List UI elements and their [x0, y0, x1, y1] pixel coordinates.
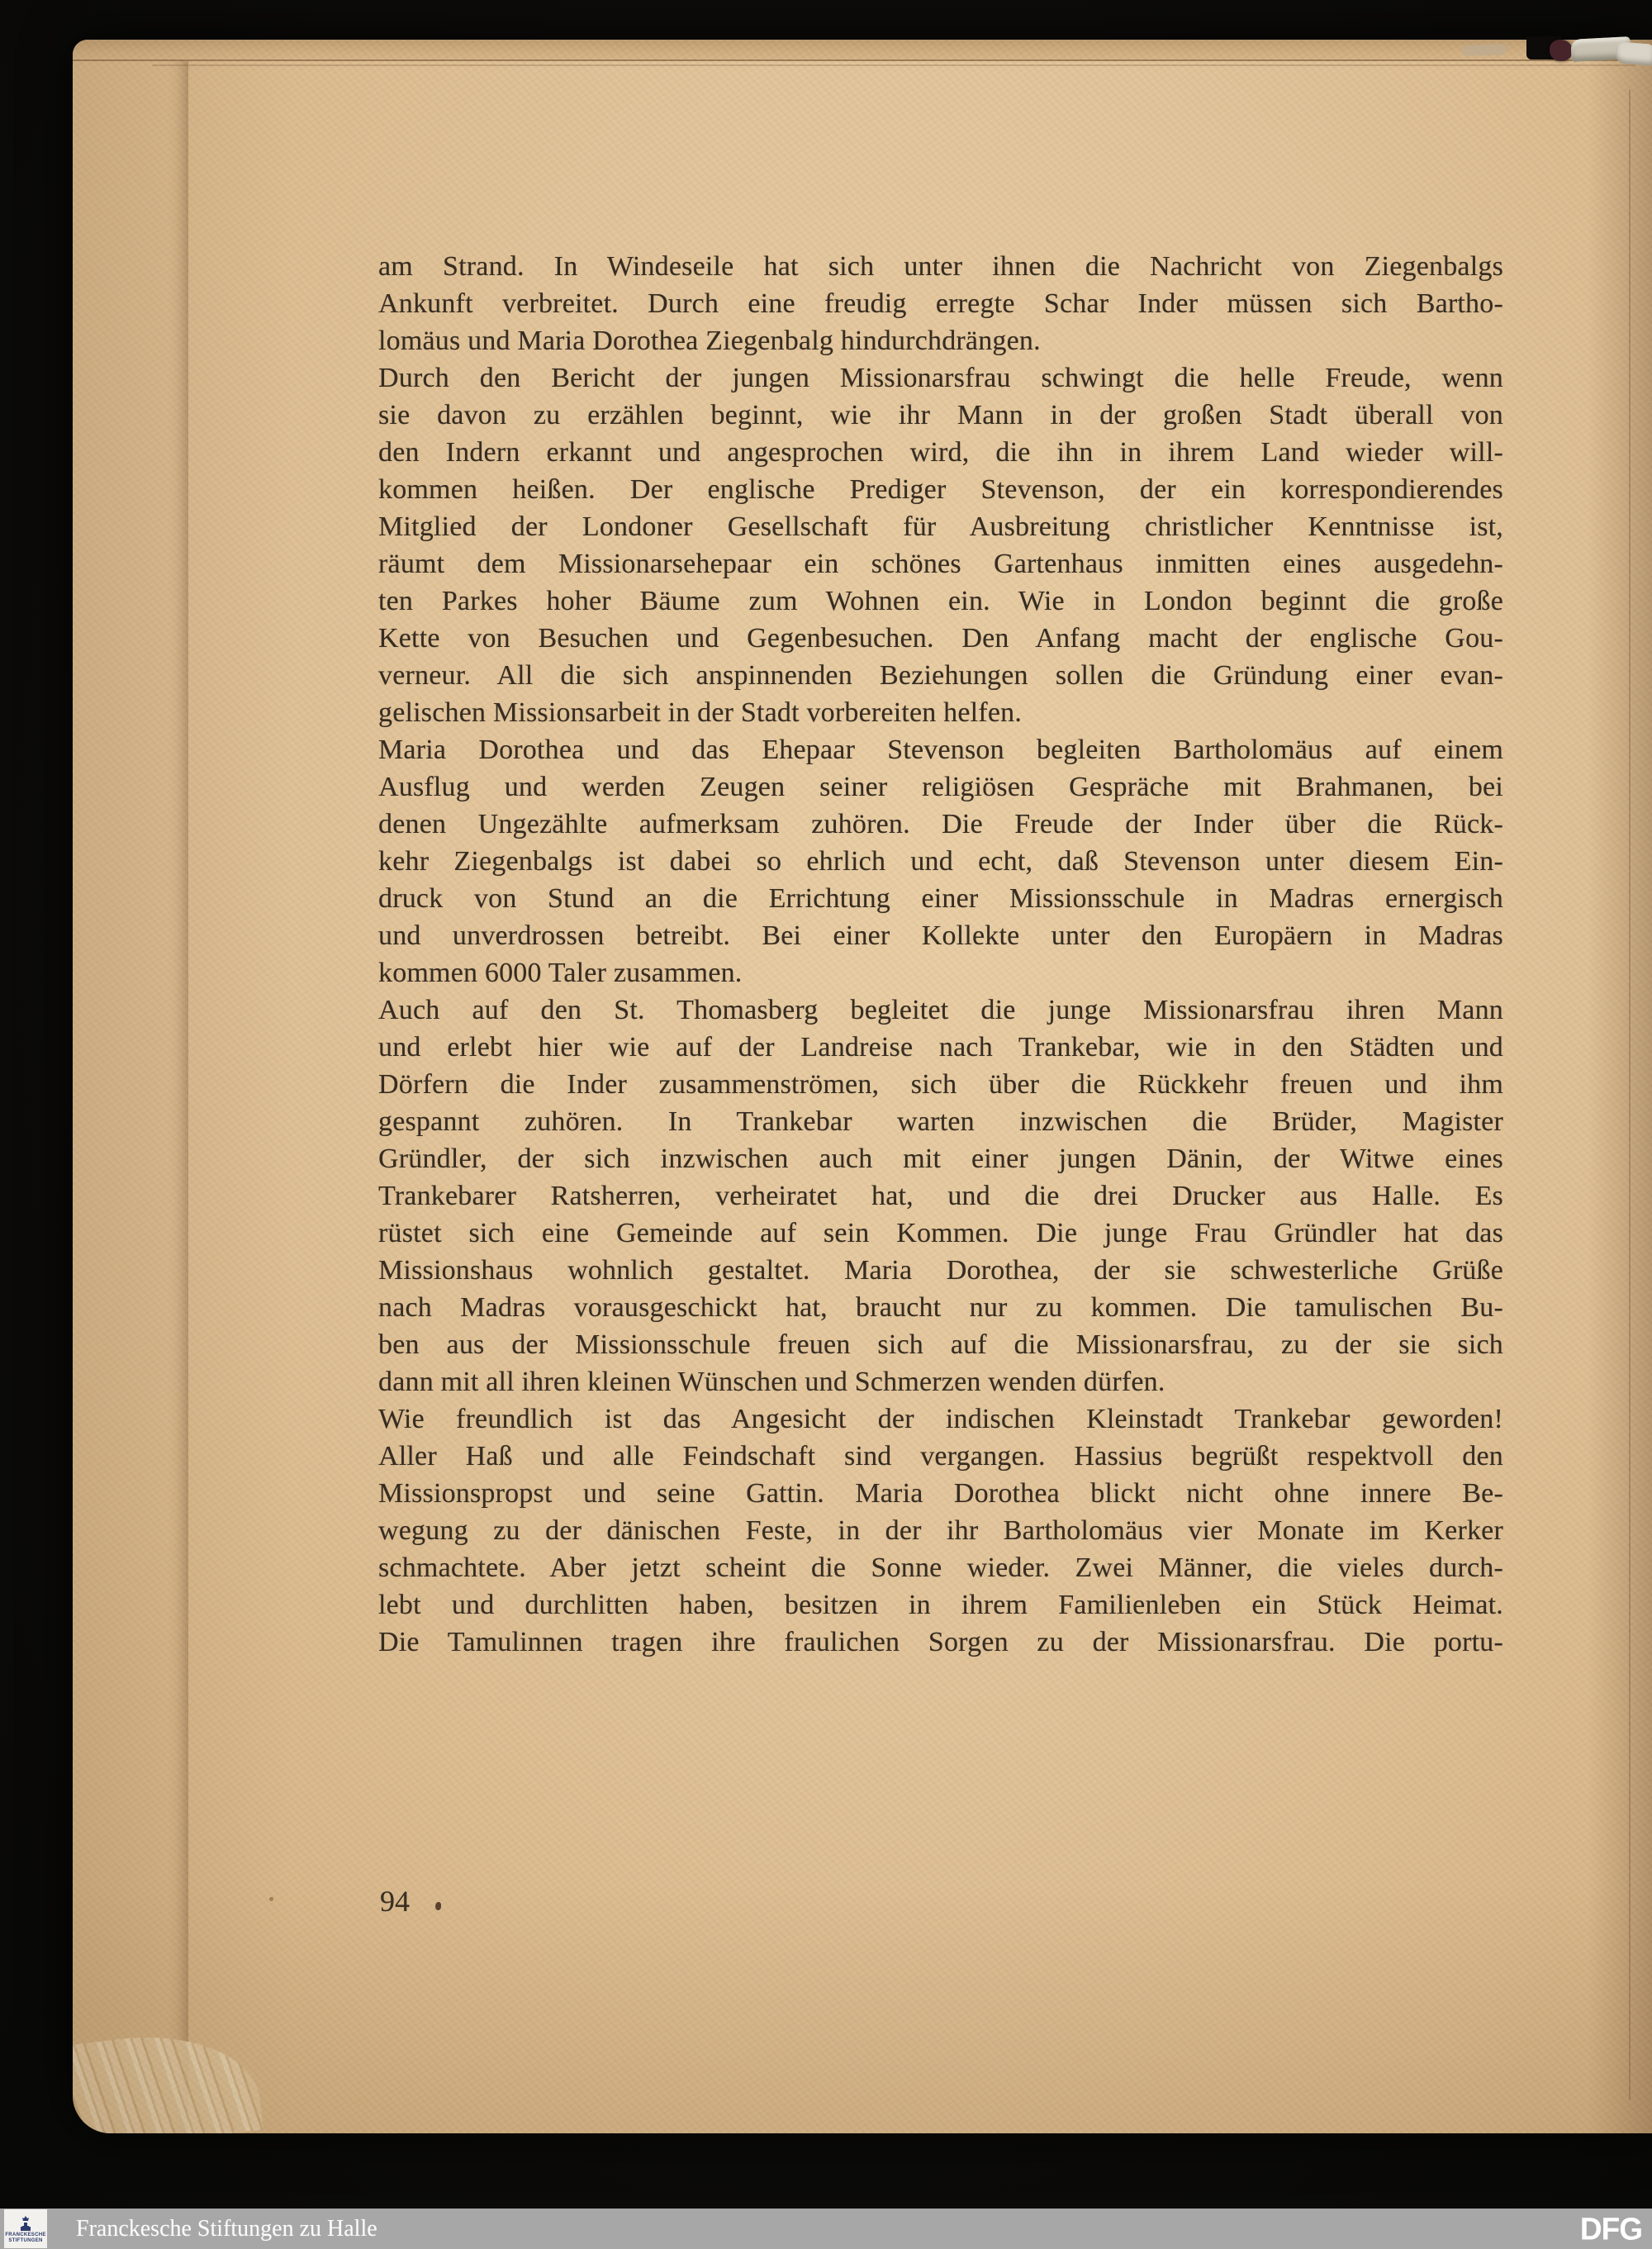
gutter-shadow — [1588, 40, 1652, 2133]
text-line: dann mit all ihren kleinen Wünschen und … — [378, 1363, 1503, 1400]
text-line: nach Madras vorausgeschickt hat, braucht… — [378, 1289, 1503, 1326]
text-line: denen Ungezählte aufmerksam zuhören. Die… — [378, 806, 1503, 843]
text-line: Missionshaus wohnlich gestaltet. Maria D… — [378, 1252, 1503, 1289]
gutter-crease — [1629, 89, 1631, 2100]
text-line: Gründler, der sich inzwischen auch mit e… — [378, 1140, 1503, 1177]
text-line: Ausflug und werden Zeugen seiner religiö… — [378, 768, 1503, 806]
franckesche-logo-box: FRANCKESCHE STIFTUNGEN — [4, 2209, 47, 2248]
text-line: Wie freundlich ist das Angesicht der ind… — [378, 1400, 1503, 1438]
text-line: und unverdrossen betreibt. Bei einer Kol… — [378, 917, 1503, 954]
text-line: schmachtete. Aber jetzt scheint die Sonn… — [378, 1549, 1503, 1586]
dfg-logo: DFG — [1580, 2209, 1642, 2249]
franckesche-emblem-icon — [18, 2215, 33, 2232]
text-line: Durch den Bericht der jungen Missionarsf… — [378, 359, 1503, 397]
binding-damage-spot — [1550, 40, 1573, 61]
text-line: ben aus der Missionsschule freuen sich a… — [378, 1326, 1503, 1363]
text-line: Auch auf den St. Thomasberg begleitet di… — [378, 991, 1503, 1029]
page-stack-edges — [73, 40, 188, 2133]
page-top-edge — [73, 40, 1652, 61]
text-line: den Indern erkannt und angesprochen wird… — [378, 434, 1503, 471]
text-line: verneur. All die sich anspinnenden Bezie… — [378, 657, 1503, 694]
text-line: lebt und durchlitten haben, besitzen in … — [378, 1586, 1503, 1624]
scan-background: { "page": { "number": "94", "lines": [ {… — [0, 0, 1652, 2249]
text-line: Ankunft verbreitet. Durch eine freudig e… — [378, 285, 1503, 322]
text-line: und erlebt hier wie auf der Landreise na… — [378, 1029, 1503, 1066]
text-line: kommen heißen. Der englische Prediger St… — [378, 471, 1503, 508]
text-line: rüstet sich eine Gemeinde auf sein Komme… — [378, 1215, 1503, 1252]
footer-bar: FRANCKESCHE STIFTUNGEN Franckesche Stift… — [0, 2209, 1652, 2249]
text-line: ten Parkes hoher Bäume zum Wohnen ein. W… — [378, 582, 1503, 620]
text-line: Die Tamulinnen tragen ihre fraulichen So… — [378, 1624, 1503, 1661]
text-line: sie davon zu erzählen beginnt, wie ihr M… — [378, 397, 1503, 434]
page-top-edge-line — [152, 64, 1635, 66]
text-line: räumt dem Missionarsehepaar ein schönes … — [378, 545, 1503, 582]
text-line: Mitglied der Londoner Gesellschaft für A… — [378, 508, 1503, 545]
text-line: am Strand. In Windeseile hat sich unter … — [378, 248, 1503, 285]
binding-damage-thread — [1615, 41, 1652, 65]
text-line: kommen 6000 Taler zusammen. — [378, 954, 1503, 991]
franckesche-logo-text-line1: FRANCKESCHE — [5, 2232, 45, 2237]
text-line: Aller Haß und alle Feindschaft sind verg… — [378, 1438, 1503, 1475]
text-line: lomäus und Maria Dorothea Ziegenbalg hin… — [378, 322, 1503, 359]
text-line: Missionspropst und seine Gattin. Maria D… — [378, 1475, 1503, 1512]
ink-spot — [435, 1902, 441, 1910]
text-line: druck von Stund an die Errichtung einer … — [378, 880, 1503, 917]
text-line: Maria Dorothea und das Ehepaar Stevenson… — [378, 731, 1503, 768]
book-page: am Strand. In Windeseile hat sich unter … — [73, 40, 1652, 2133]
text-line: wegung zu der dänischen Feste, in der ih… — [378, 1512, 1503, 1549]
paper-speck — [269, 1897, 273, 1901]
text-line: gespannt zuhören. In Trankebar warten in… — [378, 1103, 1503, 1140]
text-line: Trankebarer Ratsherren, verheiratet hat,… — [378, 1177, 1503, 1215]
text-line: Kette von Besuchen und Gegenbesuchen. De… — [378, 620, 1503, 657]
text-line: gelischen Missionsarbeit in der Stadt vo… — [378, 694, 1503, 731]
footer-institution-label: Franckesche Stiftungen zu Halle — [76, 2209, 377, 2249]
text-line: kehr Ziegenbalgs ist dabei so ehrlich un… — [378, 843, 1503, 880]
binding-damage-thread — [1462, 44, 1507, 56]
page-text: am Strand. In Windeseile hat sich unter … — [378, 248, 1503, 1661]
franckesche-logo-text-line2: STIFTUNGEN — [8, 2238, 42, 2243]
text-line: Dörfern die Inder zusammenströmen, sich … — [378, 1066, 1503, 1103]
page-number: 94 — [380, 1884, 410, 1919]
